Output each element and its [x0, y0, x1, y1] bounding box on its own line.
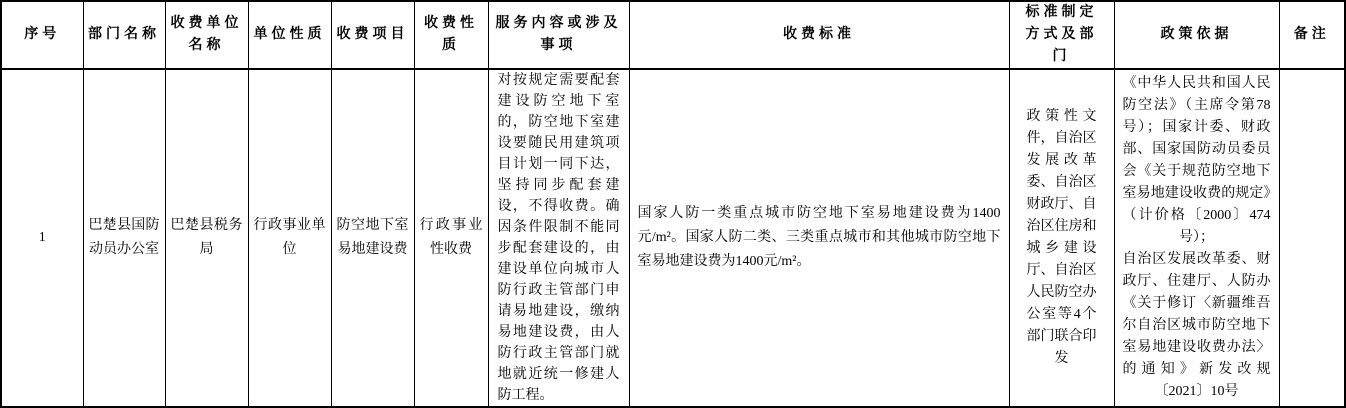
table-header-row: 序号 部门名称 收费单位名称 单位性质 收费项目 收费性质 服务内容或涉及事项 … — [1, 1, 1345, 69]
policy-basis-paragraph-2: 自治区发展改革委、财政厅、住建厅、人防办《关于修订〈新疆维吾尔自治区城市防空地下… — [1123, 249, 1271, 403]
cell-charging-unit-name: 巴楚县税务局 — [165, 69, 248, 407]
cell-fee-standard: 国家人防一类重点城市防空地下室易地建设费为1400元/m²。国家人防二类、三类重… — [629, 69, 1009, 407]
col-header-policy-basis: 政策依据 — [1114, 1, 1279, 69]
col-header-remarks: 备注 — [1279, 1, 1345, 69]
col-header-department-name: 部门名称 — [83, 1, 165, 69]
cell-policy-basis: 《中华人民共和国人民防空法》（主席令第78号）；国家计委、财政部、国家国防动员委… — [1114, 69, 1279, 407]
col-header-unit-nature: 单位性质 — [248, 1, 331, 69]
cell-remarks — [1279, 69, 1345, 407]
cell-unit-nature: 行政事业单位 — [248, 69, 331, 407]
col-header-service-content: 服务内容或涉及事项 — [488, 1, 629, 69]
cell-service-content: 对按规定需要配套建设防空地下室的，防空地下室建设要随民用建筑项目计划一同下达，坚… — [488, 69, 629, 407]
table-row: 1 巴楚县国防动员办公室 巴楚县税务局 行政事业单位 防空地下室易地建设费 行政… — [1, 69, 1345, 407]
cell-fee-item: 防空地下室易地建设费 — [331, 69, 414, 407]
fee-disclosure-table: 序号 部门名称 收费单位名称 单位性质 收费项目 收费性质 服务内容或涉及事项 … — [0, 0, 1346, 408]
col-header-fee-standard: 收费标准 — [629, 1, 1009, 69]
col-header-charging-unit-name: 收费单位名称 — [165, 1, 248, 69]
cell-fee-nature: 行政事业性收费 — [414, 69, 488, 407]
col-header-serial-no: 序号 — [1, 1, 83, 69]
col-header-standard-method-department: 标准制定方式及部门 — [1009, 1, 1114, 69]
cell-standard-method-department: 政策性文件，自治区发展改革委、自治区财政厅、自治区住房和城乡建设厅、自治区人民防… — [1009, 69, 1114, 407]
col-header-fee-item: 收费项目 — [331, 1, 414, 69]
col-header-fee-nature: 收费性质 — [414, 1, 488, 69]
cell-serial-no: 1 — [1, 69, 83, 407]
policy-basis-paragraph-1: 《中华人民共和国人民防空法》（主席令第78号）；国家计委、财政部、国家国防动员委… — [1123, 73, 1271, 249]
cell-department-name: 巴楚县国防动员办公室 — [83, 69, 165, 407]
